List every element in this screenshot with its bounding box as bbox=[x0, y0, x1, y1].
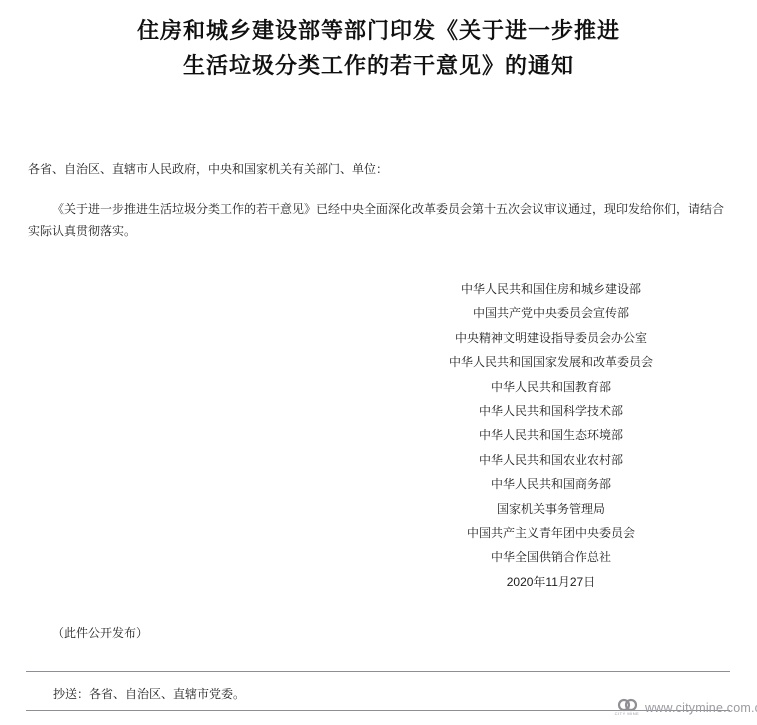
signatory-line: 中华人民共和国国家发展和改革委员会 bbox=[351, 350, 751, 374]
body-paragraph: 《关于进一步推进生活垃圾分类工作的若干意见》已经中央全面深化改革委员会第十五次会… bbox=[28, 198, 730, 242]
public-release-note: （此件公开发布） bbox=[28, 624, 148, 641]
signatory-line: 国家机关事务管理局 bbox=[351, 497, 751, 521]
issue-date: 2020年11月27日 bbox=[351, 570, 751, 594]
signatory-line: 中华人民共和国商务部 bbox=[351, 472, 751, 496]
signatory-line: 中华人民共和国生态环境部 bbox=[351, 423, 751, 447]
citymine-logo-caption: CITY MINE bbox=[615, 712, 640, 716]
addressee-line: 各省、自治区、直辖市人民政府，中央和国家机关有关部门、单位： bbox=[28, 161, 730, 177]
watermark: CITY MINE www.citymine.com.cn bbox=[616, 698, 757, 718]
citymine-logo-icon: CITY MINE bbox=[616, 698, 638, 718]
document-title: 住房和城乡建设部等部门印发《关于进一步推进 生活垃圾分类工作的若干意见》的通知 bbox=[0, 13, 757, 83]
divider-top bbox=[26, 671, 730, 672]
watermark-url: www.citymine.com.cn bbox=[645, 701, 757, 715]
signatory-block: 中华人民共和国住房和城乡建设部中国共产党中央委员会宣传部中央精神文明建设指导委员… bbox=[351, 277, 751, 594]
signatory-line: 中国共产主义青年团中央委员会 bbox=[351, 521, 751, 545]
signatory-line: 中华人民共和国科学技术部 bbox=[351, 399, 751, 423]
signatory-line: 中国共产党中央委员会宣传部 bbox=[351, 301, 751, 325]
signatory-line: 中华全国供销合作总社 bbox=[351, 545, 751, 569]
signatory-line: 中央精神文明建设指导委员会办公室 bbox=[351, 326, 751, 350]
document-page: 住房和城乡建设部等部门印发《关于进一步推进 生活垃圾分类工作的若干意见》的通知 … bbox=[0, 0, 757, 725]
cc-line: 抄送：各省、自治区、直辖市党委。 bbox=[53, 685, 245, 702]
signatory-line: 中华人民共和国住房和城乡建设部 bbox=[351, 277, 751, 301]
signatory-line: 中华人民共和国农业农村部 bbox=[351, 448, 751, 472]
document-title-line-2: 生活垃圾分类工作的若干意见》的通知 bbox=[0, 48, 757, 83]
signatory-line: 中华人民共和国教育部 bbox=[351, 375, 751, 399]
signatory-list: 中华人民共和国住房和城乡建设部中国共产党中央委员会宣传部中央精神文明建设指导委员… bbox=[351, 277, 751, 570]
document-title-line-1: 住房和城乡建设部等部门印发《关于进一步推进 bbox=[0, 13, 757, 48]
